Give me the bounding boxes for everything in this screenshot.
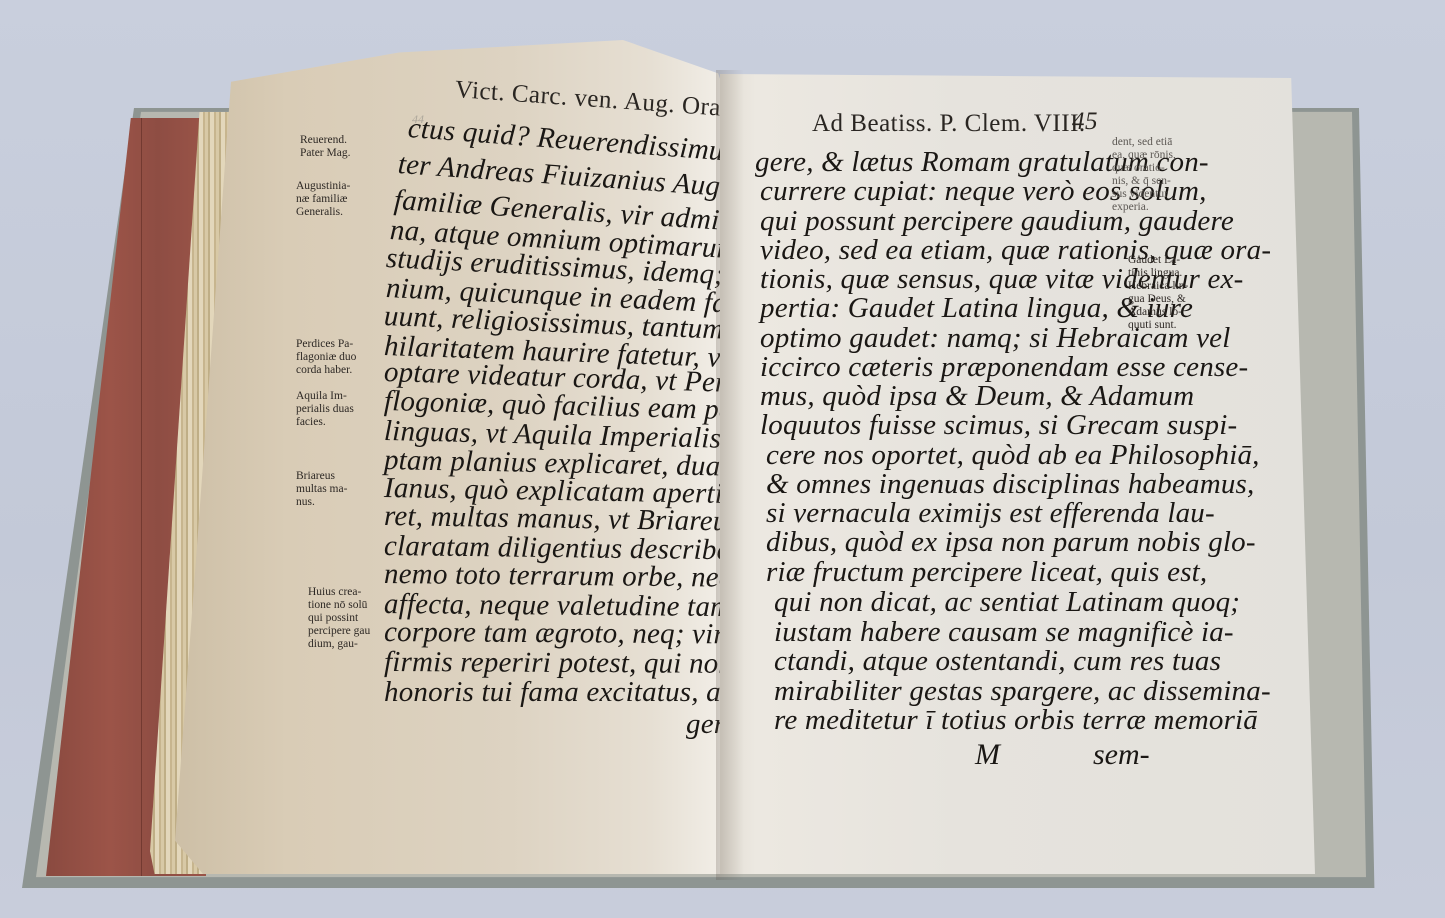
right-marginal-note: Gaudet La- tinis lingua. Hebraica lin- g… (1128, 254, 1188, 332)
left-marginal-note: Briareus multas ma- nus. (296, 470, 347, 509)
right-page-number: 45 (1072, 108, 1098, 136)
left-marginal-note: Reuerend. Pater Mag. (300, 134, 350, 160)
right-running-head: Ad Beatiss. P. Clem. VIII. (812, 110, 1086, 138)
right-line: qui non dicat, ac sentiat Latinam quoq; (774, 586, 1240, 619)
endpaper-fold-line (141, 118, 142, 876)
book-gutter-shadow (716, 70, 744, 880)
right-marginal-note: dent, sed etiā ea, quæ rōnis, quæ oratio… (1112, 136, 1176, 214)
book-photo: 44 Vict. Carc. ven. Aug. Oratio. ctus qu… (0, 0, 1445, 918)
right-line: ctandi, atque ostentandi, cum res tuas (774, 645, 1221, 678)
left-marginal-note: Perdices Pa- flagoniæ duo corda haber. (296, 338, 356, 377)
left-marginal-note: Huius crea- tione nō solū qui possint pe… (308, 586, 370, 651)
left-marginal-note: Augustinia- næ familiæ Generalis. (296, 180, 350, 219)
left-marginal-note: Aquila Im- perialis duas facies. (296, 390, 354, 429)
right-line: loquutos fuisse scimus, si Grecam suspi- (760, 409, 1237, 442)
catchword: sem- (1093, 738, 1150, 772)
right-line: re meditetur ī totius orbis terræ memori… (774, 704, 1258, 737)
signature-mark: M (975, 738, 1000, 772)
right-line: dibus, quòd ex ipsa non parum nobis glo- (766, 526, 1256, 559)
right-line: riæ fructum percipere liceat, quis est, (766, 556, 1207, 589)
